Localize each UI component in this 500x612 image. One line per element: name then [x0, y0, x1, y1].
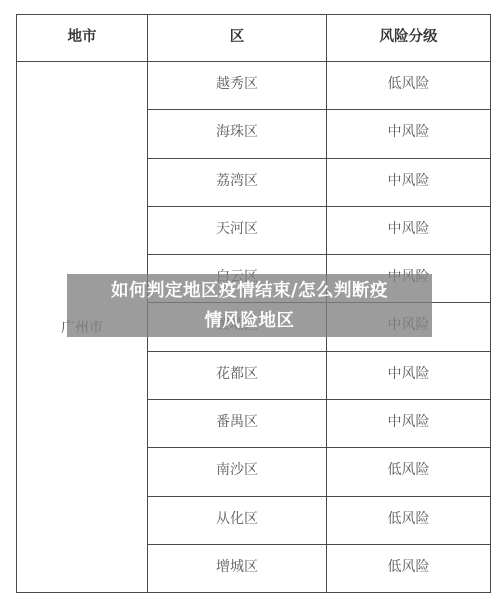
district-cell: 越秀区 — [148, 62, 327, 110]
title-overlay-banner: 如何判定地区疫情结束/怎么判断疫 情风险地区 — [67, 274, 432, 337]
page: 地市 区 风险分级 广州市 越秀区 低风险 海珠区 中风险 荔湾区 中风险 天河… — [0, 0, 500, 612]
header-city: 地市 — [17, 15, 148, 62]
district-cell: 从化区 — [148, 496, 327, 544]
district-cell: 荔湾区 — [148, 158, 327, 206]
risk-cell: 中风险 — [327, 351, 491, 399]
banner-title-line-1: 如何判定地区疫情结束/怎么判断疫 — [67, 276, 432, 306]
table-row: 广州市 越秀区 低风险 — [17, 62, 491, 110]
risk-cell: 中风险 — [327, 110, 491, 158]
banner-title-line-2: 情风险地区 — [67, 306, 432, 336]
risk-cell: 中风险 — [327, 400, 491, 448]
district-cell: 海珠区 — [148, 110, 327, 158]
district-cell: 增城区 — [148, 544, 327, 592]
district-cell: 南沙区 — [148, 448, 327, 496]
risk-cell: 低风险 — [327, 448, 491, 496]
district-cell: 天河区 — [148, 206, 327, 254]
table-header-row: 地市 区 风险分级 — [17, 15, 491, 62]
header-risk-level: 风险分级 — [327, 15, 491, 62]
risk-cell: 低风险 — [327, 62, 491, 110]
risk-cell: 中风险 — [327, 206, 491, 254]
risk-cell: 中风险 — [327, 158, 491, 206]
district-cell: 番禺区 — [148, 400, 327, 448]
risk-cell: 低风险 — [327, 544, 491, 592]
district-cell: 花都区 — [148, 351, 327, 399]
risk-cell: 低风险 — [327, 496, 491, 544]
header-district: 区 — [148, 15, 327, 62]
